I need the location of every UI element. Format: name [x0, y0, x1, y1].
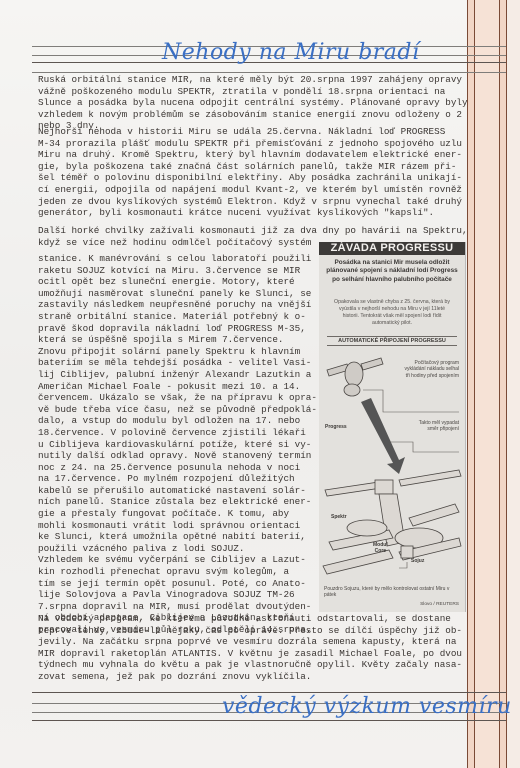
footer-title: vědecký výzkum vesmíru: [222, 694, 512, 719]
label-modul-core: Modul Core: [373, 542, 388, 554]
page-title: Nehody na Miru bradí: [162, 40, 420, 65]
callout-computer-failure: Počítačový program vykládání nákladu sel…: [401, 360, 459, 379]
inset-credit: Slovo / REUTERS: [420, 602, 459, 607]
paragraph-repairs: stanice. K manévrování s celou laboratoř…: [38, 253, 323, 636]
label-sojuz: Sojuz: [411, 558, 424, 564]
callout-approach-direction: Takto měl vypadat směr připojení: [411, 420, 459, 433]
paragraph-science: Na vědecký program, ke kterému původně a…: [38, 613, 468, 683]
label-spektr: Spektr: [331, 514, 347, 520]
inset-clipping: ZÁVADA PROGRESSU Posádka na stanici Mir …: [319, 242, 466, 612]
label-progress: Progress: [325, 424, 347, 430]
paragraph-intro: Ruská orbitální stanice MIR, na které mě…: [38, 74, 468, 132]
inset-caption: Pouzdro Sojuzu, které by mělo kontrolova…: [324, 586, 460, 599]
mir-station-icon: [323, 470, 461, 574]
paragraph-worst-accident: Nejhorší nehoda v historii Miru se udála…: [38, 126, 468, 219]
